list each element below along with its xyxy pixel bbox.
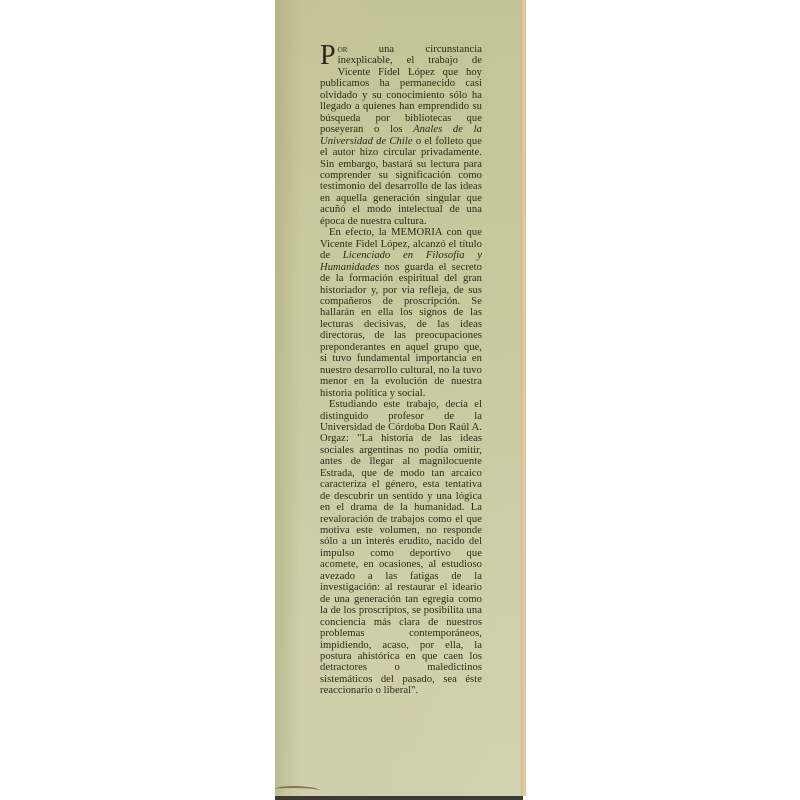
page-bottom-shadow [275, 796, 523, 800]
text-segment: nos guarda el secreto de la formación es… [320, 262, 482, 399]
body-text: Por una circunstancia inexplicable, el t… [320, 44, 482, 697]
lead-smallcaps: or [338, 44, 348, 55]
text-segment: Estudiando este trabajo, decía el distin… [320, 399, 482, 696]
text-segment: o el folleto que el autor hizo circular … [320, 136, 482, 227]
text-segment: una circunstancia inexplicable, el traba… [320, 44, 482, 135]
drop-cap: P [320, 45, 336, 67]
scanned-page: Por una circunstancia inexplicable, el t… [275, 0, 523, 796]
page-stain [275, 786, 320, 794]
paragraph-3: Estudiando este trabajo, decía el distin… [320, 399, 482, 697]
paragraph-2: En efecto, la MEMORIA con que Vicente Fi… [320, 227, 482, 399]
page-edge [521, 0, 526, 796]
paragraph-1: Por una circunstancia inexplicable, el t… [320, 44, 482, 227]
